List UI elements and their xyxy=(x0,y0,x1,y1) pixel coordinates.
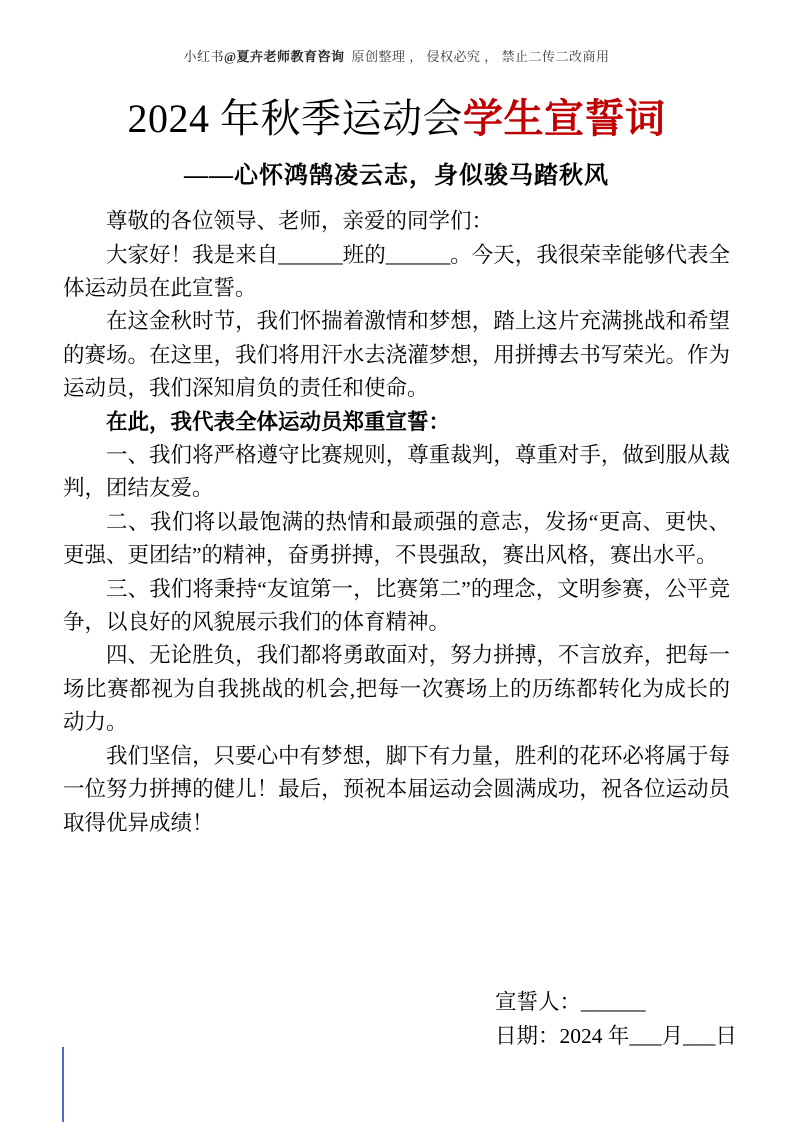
paragraph-intro: 大家好！我是来自______班的______。今天，我很荣幸能够代表全体运动员在… xyxy=(63,239,730,306)
paragraph-season: 在这金秋时节，我们怀揣着激情和梦想，踏上这片充满挑战和希望的赛场。在这里，我们将… xyxy=(63,305,730,405)
text-cursor-artifact xyxy=(62,1047,64,1122)
oath-taker-line: 宣誓人：______ xyxy=(495,986,793,1020)
title-black-part: 2024 年秋季运动会 xyxy=(128,96,464,141)
date-line: 日期：2024 年___月___日 xyxy=(495,1020,793,1054)
oath-taker-label: 宣誓人： xyxy=(495,990,581,1014)
signature-block: 宣誓人：______ 日期：2024 年___月___日 xyxy=(495,986,793,1053)
oath-taker-blank: ______ xyxy=(581,990,646,1014)
subtitle: ——心怀鸿鹄凌云志，身似骏马踏秋风 xyxy=(0,155,793,190)
brand-name: @夏卉老师教育咨询 xyxy=(224,49,345,64)
paragraph-oath-2: 二、我们将以最饱满的热情和最顽强的意志，发扬“更高、更快、更强、更团结”的精神，… xyxy=(63,506,730,573)
date-value: 2024 年___月___日 xyxy=(560,1024,737,1048)
brand-prefix: 小红书 xyxy=(183,49,224,64)
paragraph-greeting: 尊敬的各位领导、老师，亲爱的同学们： xyxy=(63,205,730,238)
paragraph-oath-1: 一、我们将严格遵守比赛规则，尊重裁判，尊重对手，做到服从裁判，团结友爱。 xyxy=(63,439,730,506)
watermark-header: 小红书@夏卉老师教育咨询原创整理 ， 侵权必究 ， 禁止二传二改商用 xyxy=(0,0,793,65)
body-content: 尊敬的各位领导、老师，亲爱的同学们： 大家好！我是来自______班的_____… xyxy=(63,205,730,840)
page-title: 2024 年秋季运动会学生宣誓词 xyxy=(0,93,793,144)
date-label: 日期： xyxy=(495,1024,560,1048)
paragraph-oath-lead: 在此，我代表全体运动员郑重宣誓： xyxy=(63,406,730,439)
paragraph-oath-3: 三、我们将秉持“友谊第一，比赛第二”的理念，文明参赛，公平竞争，以良好的风貌展示… xyxy=(63,573,730,640)
paragraph-closing: 我们坚信，只要心中有梦想，脚下有力量，胜利的花环必将属于每一位努力拼搏的健儿！最… xyxy=(63,740,730,840)
copyright-notice: 原创整理 ， 侵权必究 ， 禁止二传二改商用 xyxy=(352,49,610,64)
title-red-part: 学生宣誓词 xyxy=(463,96,666,141)
document-page: 小红书@夏卉老师教育咨询原创整理 ， 侵权必究 ， 禁止二传二改商用 2024 … xyxy=(0,0,793,1122)
paragraph-oath-4: 四、无论胜负，我们都将勇敢面对，努力拼搏，不言放弃，把每一场比赛都视为自我挑战的… xyxy=(63,639,730,739)
